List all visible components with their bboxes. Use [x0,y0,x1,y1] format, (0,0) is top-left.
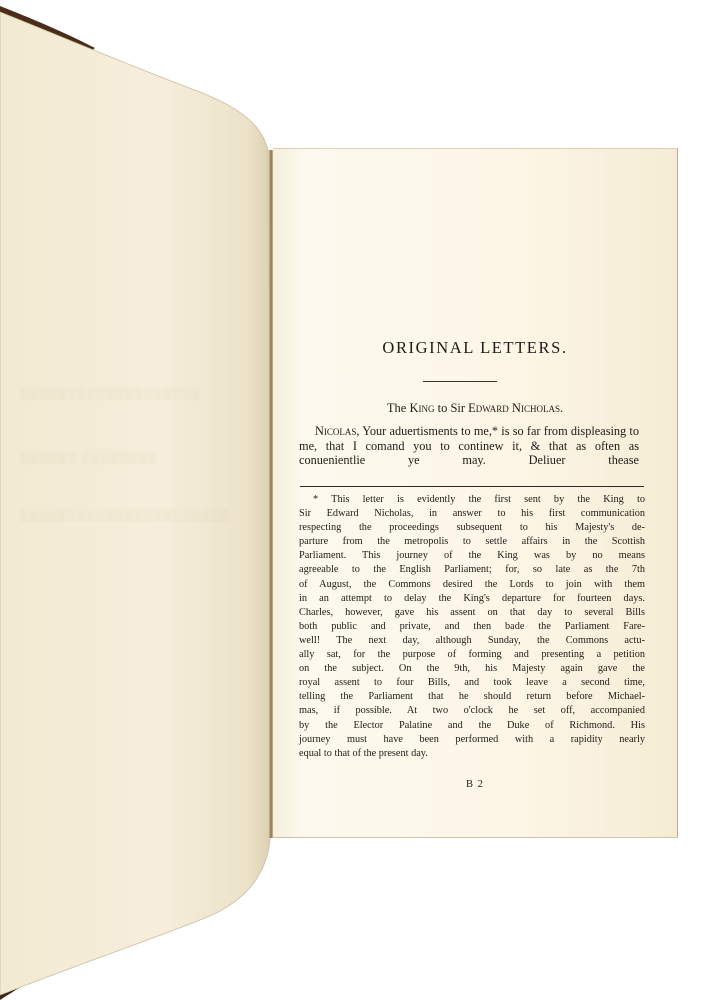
footnote-divider [300,486,644,487]
show-through-text: ▒▒▒▒▒▒ ▒▒▒▒▒▒▒▒ [20,450,157,465]
book-photo: ▒▒▒▒▒▒▒▒▒▒▒▒▒▒▒▒▒▒▒ ▒▒▒▒▒▒ ▒▒▒▒▒▒▒▒ ▒▒▒▒… [0,0,719,1000]
footnote-line: royal assent to four Bills, and took lea… [299,676,645,690]
letter-heading: The King to Sir Edward Nicholas. [273,401,677,416]
letter-body: Nicolas, Your aduertisments to me,* is s… [299,424,639,468]
footnote: * This letter is evidently the first sen… [299,493,645,761]
show-through-text: ▒▒▒▒▒▒▒▒▒▒▒▒▒▒▒▒▒▒▒ [20,386,201,401]
title-divider [423,381,497,382]
footnote-line: equal to that of the present day. [299,747,645,761]
right-page: ORIGINAL LETTERS. The King to Sir Edward… [273,148,678,838]
signature-mark: B 2 [273,779,677,790]
footnote-line: agreeable to the English Parliament; for… [299,563,645,577]
footnote-line: by the Elector Palatine and the Duke of … [299,719,645,733]
footnote-line: Charles, however, gave his assent on tha… [299,606,645,620]
page-title: ORIGINAL LETTERS. [273,338,677,358]
footnote-line: Sir Edward Nicholas, in answer to his fi… [299,507,645,521]
footnote-line: both public and private, and then bade t… [299,620,645,634]
salutation: Nicolas, [315,424,359,438]
footnote-line: on the subject. On the 9th, his Majesty … [299,662,645,676]
footnote-line: in an attempt to delay the King's depart… [299,592,645,606]
footnote-line: well! The next day, although Sunday, the… [299,634,645,648]
footnote-line: mas, if possible. At two o'clock he set … [299,704,645,718]
footnote-line: telling the Parliament that he should re… [299,690,645,704]
footnote-line: respecting the proceedings subsequent to… [299,521,645,535]
footnote-line: ally sat, for the purpose of forming and… [299,648,645,662]
footnote-line: of August, the Commons desired the Lords… [299,578,645,592]
show-through-text: ▒▒▒▒▒▒▒▒▒▒▒▒▒▒▒▒▒▒▒▒▒▒ [20,508,229,523]
footnote-line: parture from the metropolis to settle af… [299,535,645,549]
footnote-line: journey must have been performed with a … [299,733,645,747]
footnote-line: * This letter is evidently the first sen… [299,493,645,507]
footnote-line: Parliament. This journey of the King was… [299,549,645,563]
